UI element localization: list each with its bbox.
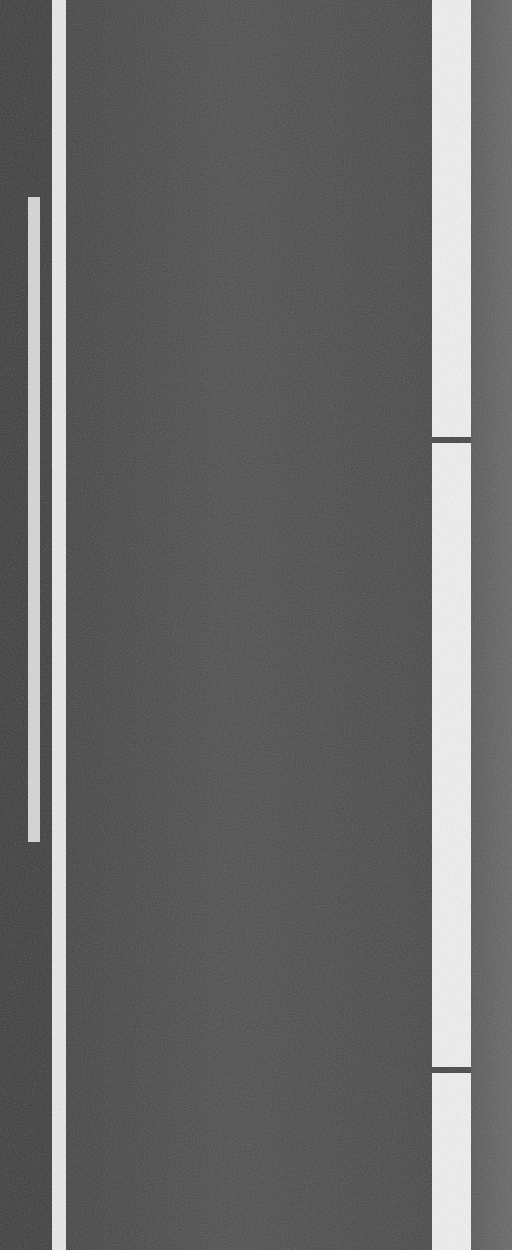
edge-line-segment: [432, 443, 471, 1067]
dashed-lane-marking: [28, 197, 40, 842]
road-scene: [0, 0, 512, 1250]
edge-line-segment: [432, 0, 471, 437]
pavement-seam: [432, 438, 471, 442]
road-shoulder: [471, 0, 512, 1250]
edge-line-segment: [432, 1073, 471, 1250]
asphalt-left-strip: [0, 0, 52, 1250]
asphalt-lane: [66, 0, 432, 1250]
solid-lane-line: [52, 0, 66, 1250]
pavement-seam: [432, 1068, 471, 1072]
